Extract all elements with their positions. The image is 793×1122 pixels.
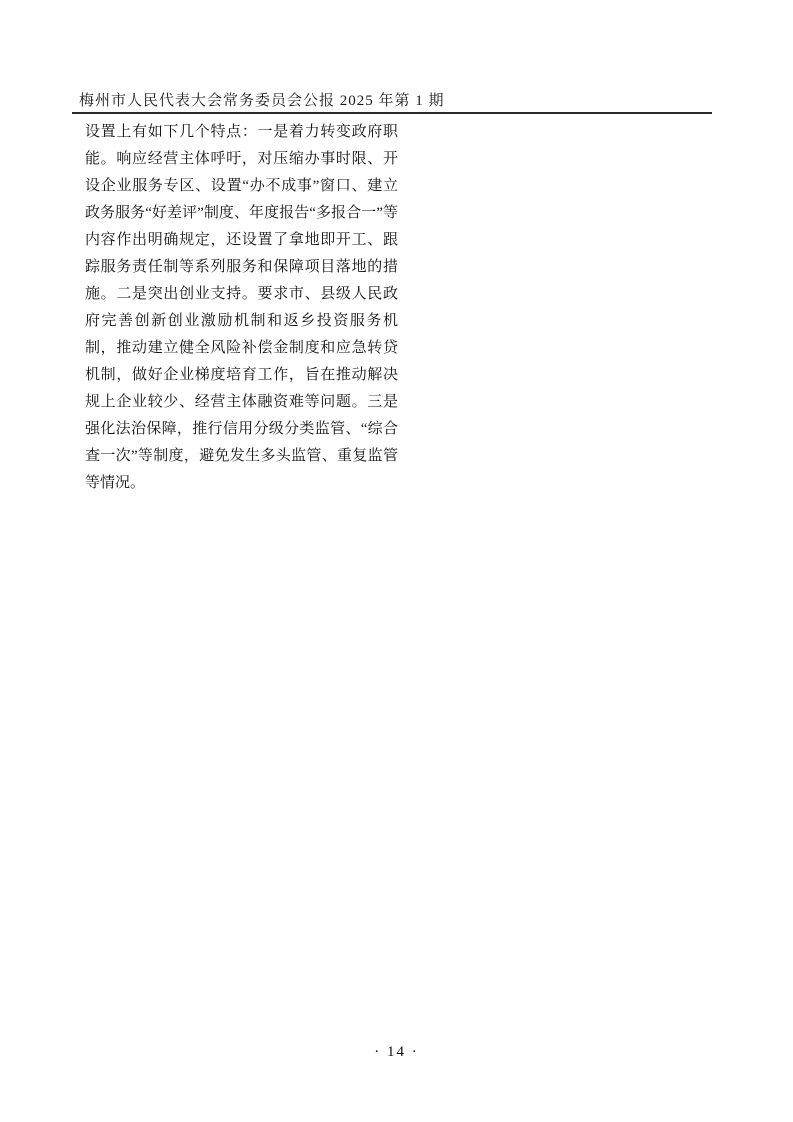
page-number: · 14 · bbox=[0, 1044, 793, 1061]
header-title: 梅州市人民代表大会常务委员会公报 2025 年第 1 期 bbox=[79, 93, 445, 109]
body-paragraph: 设置上有如下几个特点：一是着力转变政府职能。响应经营主体呼吁，对压缩办事时限、开… bbox=[85, 119, 398, 497]
page-header: 梅州市人民代表大会常务委员会公报 2025 年第 1 期 bbox=[79, 89, 719, 110]
body-column: 设置上有如下几个特点：一是着力转变政府职能。响应经营主体呼吁，对压缩办事时限、开… bbox=[85, 119, 398, 497]
document-page: 梅州市人民代表大会常务委员会公报 2025 年第 1 期 设置上有如下几个特点：… bbox=[0, 0, 793, 1122]
header-rule bbox=[72, 112, 712, 114]
